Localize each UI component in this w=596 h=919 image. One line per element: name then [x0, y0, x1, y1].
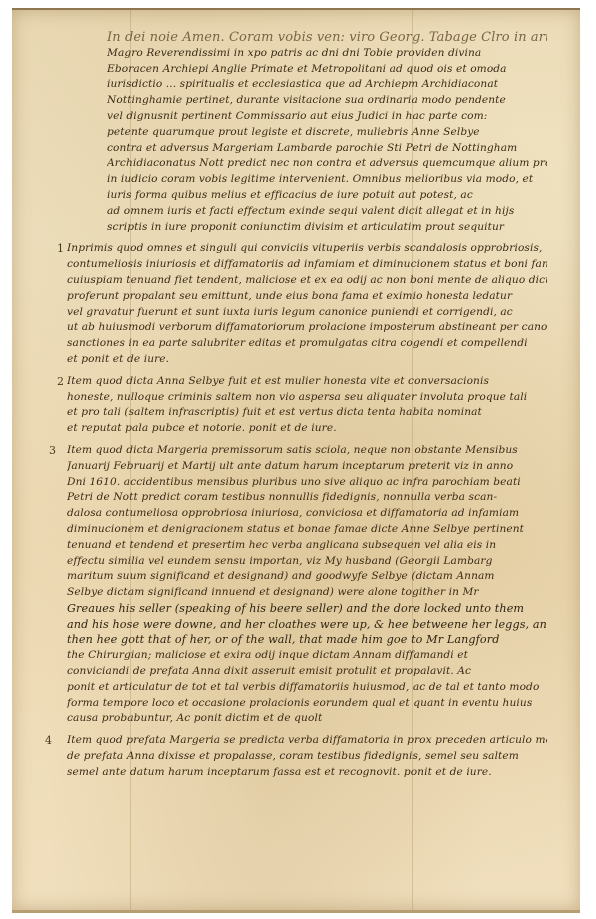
article-2: 2 Item quod dicta Anna Selbye fuit et es…: [67, 374, 547, 437]
preamble-line: Nottinghamie pertinet, durante visitacio…: [107, 93, 547, 109]
article-line-english: and his hose were downe, and her cloathe…: [67, 617, 547, 633]
preamble-line: iuris forma quibus melius et efficacius …: [107, 188, 547, 204]
article-line: forma tempore loco et occasione prolacio…: [67, 696, 547, 712]
article-line: et reputat pala pubce et notorie. ponit …: [67, 421, 547, 437]
article-line: sanctiones in ea parte salubriter editas…: [67, 336, 547, 352]
article-line: vel gravatur fuerunt et sunt iuxta iuris…: [67, 305, 547, 321]
article-line: et ponit et de iure.: [67, 352, 547, 368]
preamble-line: ad omnem iuris et facti effectum exinde …: [107, 204, 547, 220]
article-line: Petri de Nott predict coram testibus non…: [67, 490, 547, 506]
article-line: the Chirurgian; maliciose et exira odij …: [67, 648, 547, 664]
invocation-line: In dei noie Amen. Coram vobis ven: viro …: [107, 30, 547, 46]
preamble-line: in iudicio coram vobis legitime interven…: [107, 172, 547, 188]
article-number: 4: [45, 733, 52, 749]
article-line: ut ab huiusmodi verborum diffamatoriorum…: [67, 320, 547, 336]
article-line: Item quod dicta Anna Selbye fuit et est …: [67, 374, 547, 390]
article-line: semel ante datum harum inceptarum fassa …: [67, 765, 547, 781]
article-line: Item quod prefata Margeria se predicta v…: [67, 733, 547, 749]
preamble-line: Eboracen Archiepi Anglie Primate et Metr…: [107, 62, 547, 78]
preamble-line: Archidiaconatus Nott predict nec non con…: [107, 156, 547, 172]
article-line: causa probabuntur, Ac ponit dictim et de…: [67, 711, 547, 727]
article-number: 1: [57, 241, 64, 257]
article-number: 3: [49, 443, 56, 459]
article-line: conviciandi de prefata Anna dixit asseru…: [67, 664, 547, 680]
article-line: Januarij Februarij et Martij ult ante da…: [67, 459, 547, 475]
article-line: de prefata Anna dixisse et propalasse, c…: [67, 749, 547, 765]
preamble-line: Magro Reverendissimi in xpo patris ac dn…: [107, 46, 547, 62]
manuscript-page: In dei noie Amen. Coram vobis ven: viro …: [12, 8, 580, 913]
preamble-line: scriptis in iure proponit coniunctim div…: [107, 220, 547, 236]
manuscript-text: In dei noie Amen. Coram vobis ven: viro …: [107, 30, 547, 781]
article-line: proferunt propalant seu emittunt, unde e…: [67, 289, 547, 305]
article-line: cuiuspiam tenuand fiet tendent, malicios…: [67, 273, 547, 289]
article-line: contumeliosis iniuriosis et diffamatorii…: [67, 257, 547, 273]
article-1: 1 Inprimis quod omnes et singuli qui con…: [67, 241, 547, 367]
article-4: 4 Item quod prefata Margeria se predicta…: [67, 733, 547, 780]
article-line: Item quod dicta Margeria premissorum sat…: [67, 443, 547, 459]
article-line: honeste, nulloque criminis saltem non vi…: [67, 390, 547, 406]
article-line: dalosa contumeliosa opprobriosa iniurios…: [67, 506, 547, 522]
article-line: Inprimis quod omnes et singuli qui convi…: [67, 241, 547, 257]
article-line: diminucionem et denigracionem status et …: [67, 522, 547, 538]
article-line: effectu similia vel eundem sensu importa…: [67, 554, 547, 570]
article-number: 2: [57, 374, 64, 390]
article-3: 3 Item quod dicta Margeria premissorum s…: [67, 443, 547, 727]
article-line: et pro tali (saltem infrascriptis) fuit …: [67, 405, 547, 421]
article-line: tenuand et tendend et presertim hec verb…: [67, 538, 547, 554]
article-line: maritum suum significand et designand) a…: [67, 569, 547, 585]
article-line: Dni 1610. accidentibus mensibus pluribus…: [67, 475, 547, 491]
article-line-english: Greaues his seller (speaking of his beer…: [67, 601, 547, 617]
article-line: ponit et articulatur de tot et tal verbi…: [67, 680, 547, 696]
article-line-english: then hee gott that of her, or of the wal…: [67, 632, 547, 648]
article-line: Selbye dictam significand innuend et des…: [67, 585, 547, 601]
preamble: In dei noie Amen. Coram vobis ven: viro …: [107, 30, 547, 235]
preamble-line: contra et adversus Margeriam Lambarde pa…: [107, 141, 547, 157]
preamble-line: iurisdictio ... spiritualis et ecclesias…: [107, 77, 547, 93]
preamble-line: vel dignusnit pertinent Commissario aut …: [107, 109, 547, 125]
preamble-line: petente quarumque prout legiste et discr…: [107, 125, 547, 141]
